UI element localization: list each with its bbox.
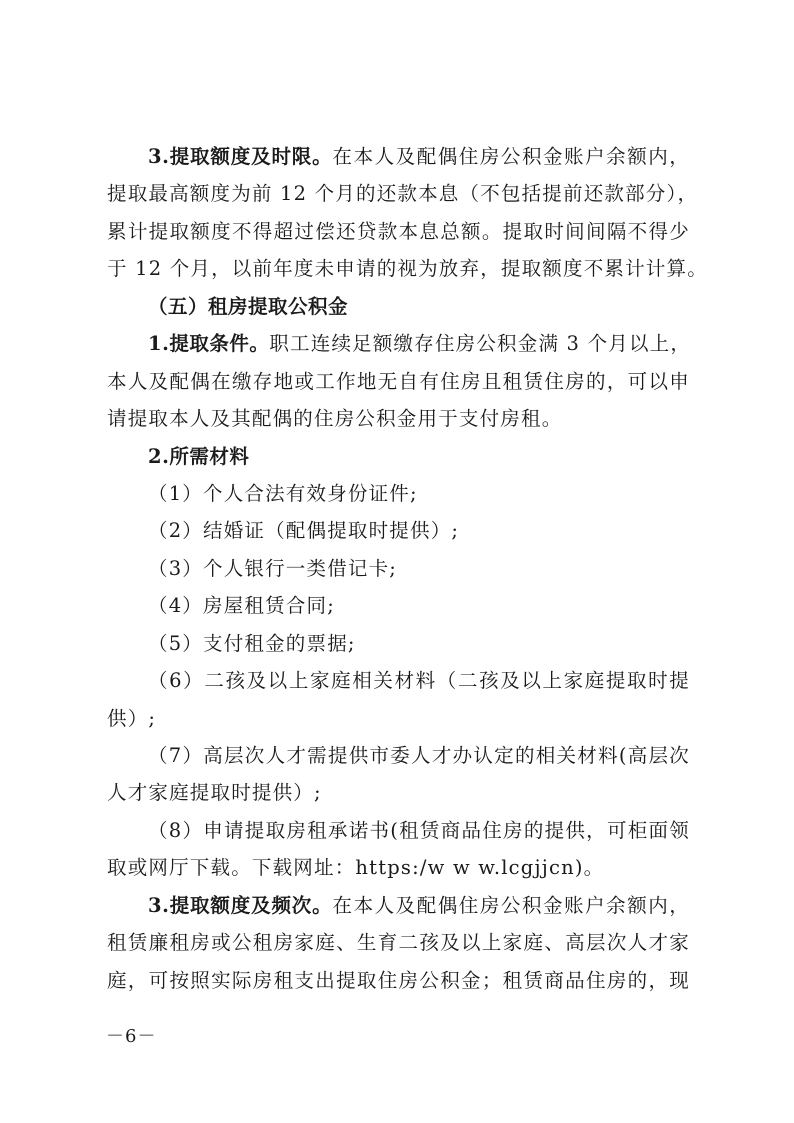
line-text: （5）支付租金的票据; (148, 632, 356, 655)
bold-heading: 1.提取条件。 (148, 332, 269, 355)
list-item-continuation: 人才家庭提取时提供）; (107, 774, 690, 811)
line-text: 在本人及配偶住房公积金账户余额内， (333, 145, 691, 168)
line-text: （4）房屋租赁合同; (148, 594, 335, 617)
list-item: （2）结婚证（配偶提取时提供）; (107, 512, 690, 549)
bold-heading: （五）租房提取公积金 (148, 295, 348, 318)
list-item-continuation: 取或网厅下载。下载网址：https:/w w w.lcgjjcn)。 (107, 849, 690, 886)
line-text: （2）结婚证（配偶提取时提供）; (148, 519, 459, 542)
line-text: （1）个人合法有效身份证件; (148, 482, 418, 505)
list-item-continuation: 供）; (107, 700, 690, 737)
line-text: 供）; (107, 707, 156, 730)
paragraph-line: 3.提取额度及频次。在本人及配偶住房公积金账户余额内， (107, 887, 690, 924)
list-item: （4）房屋租赁合同; (107, 587, 690, 624)
line-text: （6）二孩及以上家庭相关材料（二孩及以上家庭提取时提 (148, 669, 690, 692)
paragraph-line: 庭，可按照实际房租支出提取住房公积金；租赁商品住房的，现 (107, 962, 690, 999)
paragraph-line: 于 12 个月，以前年度未申请的视为放弃，提取额度不累计计算。 (107, 250, 690, 287)
line-text: 取或网厅下载。下载网址：https:/w w w.lcgjjcn)。 (107, 856, 604, 879)
line-text: 在本人及配偶住房公积金账户余额内， (333, 894, 691, 917)
line-text: 于 12 个月，以前年度未申请的视为放弃，提取额度不累计计算。 (107, 257, 708, 280)
section-heading: （五）租房提取公积金 (107, 288, 690, 325)
subsection-heading: 2.所需材料 (107, 438, 690, 475)
paragraph-line: 1.提取条件。职工连续足额缴存住房公积金满 3 个月以上， (107, 325, 690, 362)
document-page: 3.提取额度及时限。在本人及配偶住房公积金账户余额内， 提取最高额度为前 12 … (107, 138, 690, 999)
bold-heading: 3.提取额度及时限。 (148, 145, 333, 168)
list-item: （7）高层次人才需提供市委人才办认定的相关材料(高层次 (107, 737, 690, 774)
line-text: 累计提取额度不得超过偿还贷款本息总额。提取时间间隔不得少 (107, 220, 690, 243)
list-item: （1）个人合法有效身份证件; (107, 475, 690, 512)
list-item: （5）支付租金的票据; (107, 625, 690, 662)
line-text: 请提取本人及其配偶的住房公积金用于支付房租。 (107, 407, 562, 430)
list-item: （8）申请提取房租承诺书(租赁商品住房的提供，可柜面领 (107, 812, 690, 849)
paragraph-line: 提取最高额度为前 12 个月的还款本息（不包括提前还款部分）， (107, 175, 690, 212)
paragraph-line: 请提取本人及其配偶的住房公积金用于支付房租。 (107, 400, 690, 437)
paragraph-line: 租赁廉租房或公租房家庭、生育二孩及以上家庭、高层次人才家 (107, 924, 690, 961)
list-item: （3）个人银行一类借记卡; (107, 550, 690, 587)
line-text: （7）高层次人才需提供市委人才办认定的相关材料(高层次 (148, 744, 690, 767)
list-item: （6）二孩及以上家庭相关材料（二孩及以上家庭提取时提 (107, 662, 690, 699)
line-text: （8）申请提取房租承诺书(租赁商品住房的提供，可柜面领 (148, 819, 690, 842)
bold-heading: 3.提取额度及频次。 (148, 894, 333, 917)
bold-heading: 2.所需材料 (148, 445, 249, 468)
paragraph-line: 本人及配偶在缴存地或工作地无自有住房且租赁住房的，可以申 (107, 363, 690, 400)
page-number: －6－ (106, 1022, 156, 1048)
line-text: 庭，可按照实际房租支出提取住房公积金；租赁商品住房的，现 (107, 969, 690, 992)
line-text: 人才家庭提取时提供）; (107, 781, 322, 804)
line-text: 提取最高额度为前 12 个月的还款本息（不包括提前还款部分）， (107, 182, 698, 205)
line-text: 职工连续足额缴存住房公积金满 3 个月以上， (269, 332, 691, 355)
line-text: 本人及配偶在缴存地或工作地无自有住房且租赁住房的，可以申 (107, 370, 690, 393)
paragraph-line: 3.提取额度及时限。在本人及配偶住房公积金账户余额内， (107, 138, 690, 175)
paragraph-line: 累计提取额度不得超过偿还贷款本息总额。提取时间间隔不得少 (107, 213, 690, 250)
line-text: （3）个人银行一类借记卡; (148, 557, 397, 580)
line-text: 租赁廉租房或公租房家庭、生育二孩及以上家庭、高层次人才家 (107, 931, 690, 954)
